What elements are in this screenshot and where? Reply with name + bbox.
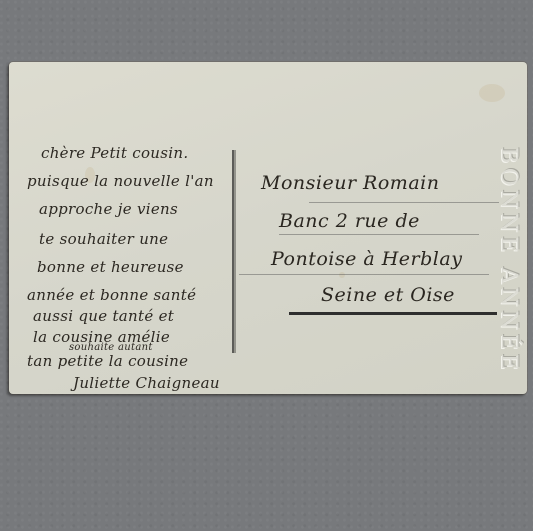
- message-area: chère Petit cousin. puisque la nouvelle …: [33, 142, 233, 392]
- message-line: te souhaiter une: [39, 230, 168, 248]
- signature: Juliette Chaigneau: [73, 374, 220, 392]
- message-line: puisque la nouvelle l'an: [27, 172, 214, 190]
- address-underline: [289, 312, 497, 315]
- message-line: bonne et heureuse: [37, 258, 184, 276]
- message-line: tan petite la cousine: [27, 352, 188, 370]
- address-guide-line: [279, 234, 479, 235]
- message-line: chère Petit cousin.: [41, 144, 188, 162]
- embossed-text: BONNE ANNÉE: [496, 147, 521, 374]
- message-line: approche je viens: [39, 200, 178, 218]
- message-line: année et bonne santé: [27, 286, 196, 304]
- divider-line: [232, 150, 234, 353]
- address-line: Seine et Oise: [321, 284, 455, 306]
- address-guide-line: [309, 202, 499, 203]
- address-line: Pontoise à Herblay: [271, 248, 462, 270]
- postcard: chère Petit cousin. puisque la nouvelle …: [9, 62, 527, 394]
- address-guide-line: [239, 274, 489, 275]
- age-stain: [339, 272, 345, 278]
- message-line: aussi que tanté et: [33, 307, 174, 325]
- address-line: Monsieur Romain: [261, 172, 439, 194]
- embossed-greeting: BONNE ANNÉE: [493, 142, 523, 378]
- age-stain: [479, 84, 505, 102]
- address-line: Banc 2 rue de: [279, 210, 420, 232]
